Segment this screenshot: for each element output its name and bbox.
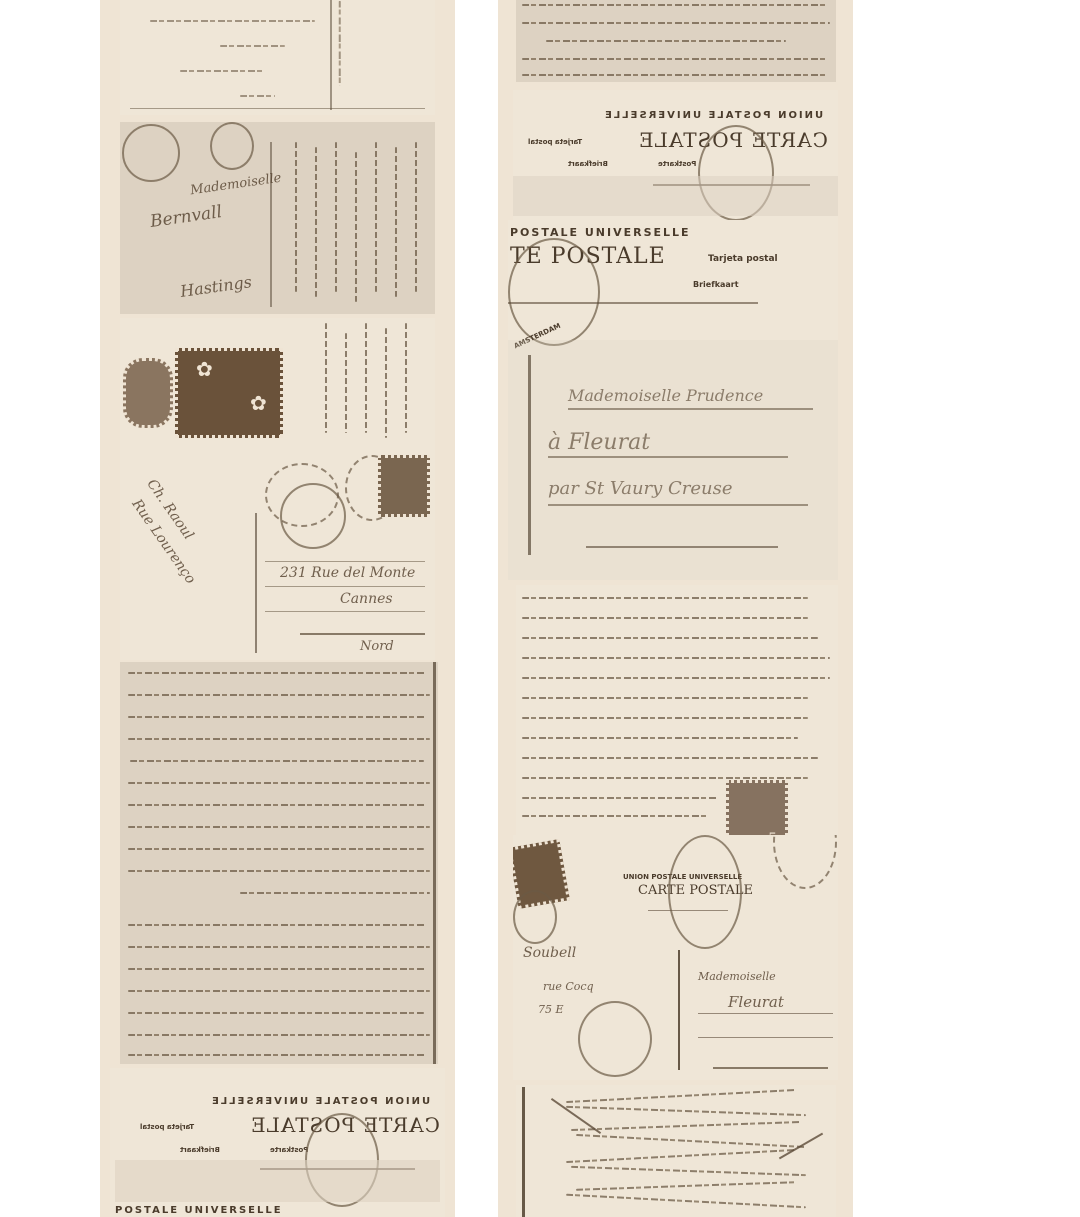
script-address-line: 231 Rue del Monte (280, 565, 415, 581)
stamp-icon: ✿ ✿ (175, 348, 283, 438)
postmark-icon (210, 122, 254, 170)
printed-label: Postkarte (270, 1146, 308, 1154)
printed-label: Postkarte (658, 160, 696, 168)
printed-label: Tarjeta postal (140, 1123, 194, 1131)
flower-icon: ✿ (250, 391, 267, 415)
postcard-stamps: ✿ ✿ (120, 318, 435, 443)
postmark-icon (668, 835, 742, 949)
postmark-icon (513, 890, 557, 944)
printed-header: POSTALE UNIVERSELLE (510, 226, 691, 239)
postcard-address-front: Ch. Raoul Rue Lourenço 231 Rue del Monte… (120, 443, 435, 660)
script-note: rue Cocq (543, 980, 594, 993)
script-address-line: Mademoiselle (698, 970, 776, 983)
postcard-address-fragment (120, 0, 435, 115)
postmark-icon (280, 483, 346, 549)
printed-header: UNION POSTALE UNIVERSELLE (210, 1096, 430, 1107)
postcard-printed-header: UNION POSTALE UNIVERSELLE CARTE POSTALE … (110, 1068, 445, 1217)
script-sender: Soubell (523, 945, 576, 961)
vertical-handwriting (315, 323, 430, 438)
stamp-value: 5 (768, 831, 777, 835)
scribbled-letter (516, 1085, 836, 1217)
postmark-icon (122, 124, 180, 182)
printed-footer: POSTALE UNIVERSELLE (115, 1205, 283, 1216)
postmark-icon (773, 835, 837, 889)
printed-label: Tarjeta postal (528, 138, 582, 146)
printed-label: Briefkaart (568, 160, 608, 168)
script-address-line: Mademoiselle (189, 171, 282, 199)
postmark-icon (578, 1001, 652, 1077)
script-address-line: Bernvall (149, 202, 223, 232)
handwritten-letter: 5 (516, 585, 838, 835)
handwritten-letter (120, 662, 438, 1064)
printed-label: Briefkaart (693, 280, 739, 289)
stamp-icon (123, 358, 173, 428)
stamp-sower-icon (378, 455, 430, 517)
postcard-printed-header: UNION POSTALE UNIVERSELLE CARTE POSTALE … (513, 90, 838, 220)
stamp-icon: 5 (726, 780, 788, 835)
washi-tape-strip-right: UNION POSTALE UNIVERSELLE CARTE POSTALE … (498, 0, 853, 1217)
postcard-handwritten-back: Mademoiselle Bernvall Hastings (120, 122, 435, 314)
script-address-line: Hastings (179, 272, 253, 301)
handwritten-letter (516, 0, 836, 82)
printed-header: UNION POSTALE UNIVERSELLE (603, 110, 823, 121)
printed-label: Briefkaart (180, 1146, 220, 1154)
script-address-line: Fleurat (728, 993, 784, 1011)
script-note: 75 E (538, 1003, 564, 1016)
washi-tape-strip-left: Mademoiselle Bernvall Hastings ✿ ✿ (100, 0, 455, 1217)
postcard-address-front: UNION POSTALE UNIVERSELLE CARTE POSTALE … (513, 835, 838, 1080)
postcard-address-front: POSTALE UNIVERSELLE TE POSTALE Tarjeta p… (508, 220, 838, 580)
script-address-line: Cannes (340, 591, 393, 607)
vertical-handwriting (290, 142, 430, 307)
flower-icon: ✿ (196, 357, 213, 381)
printed-label: Tarjeta postal (708, 254, 778, 264)
script-note: Nord (360, 639, 394, 654)
